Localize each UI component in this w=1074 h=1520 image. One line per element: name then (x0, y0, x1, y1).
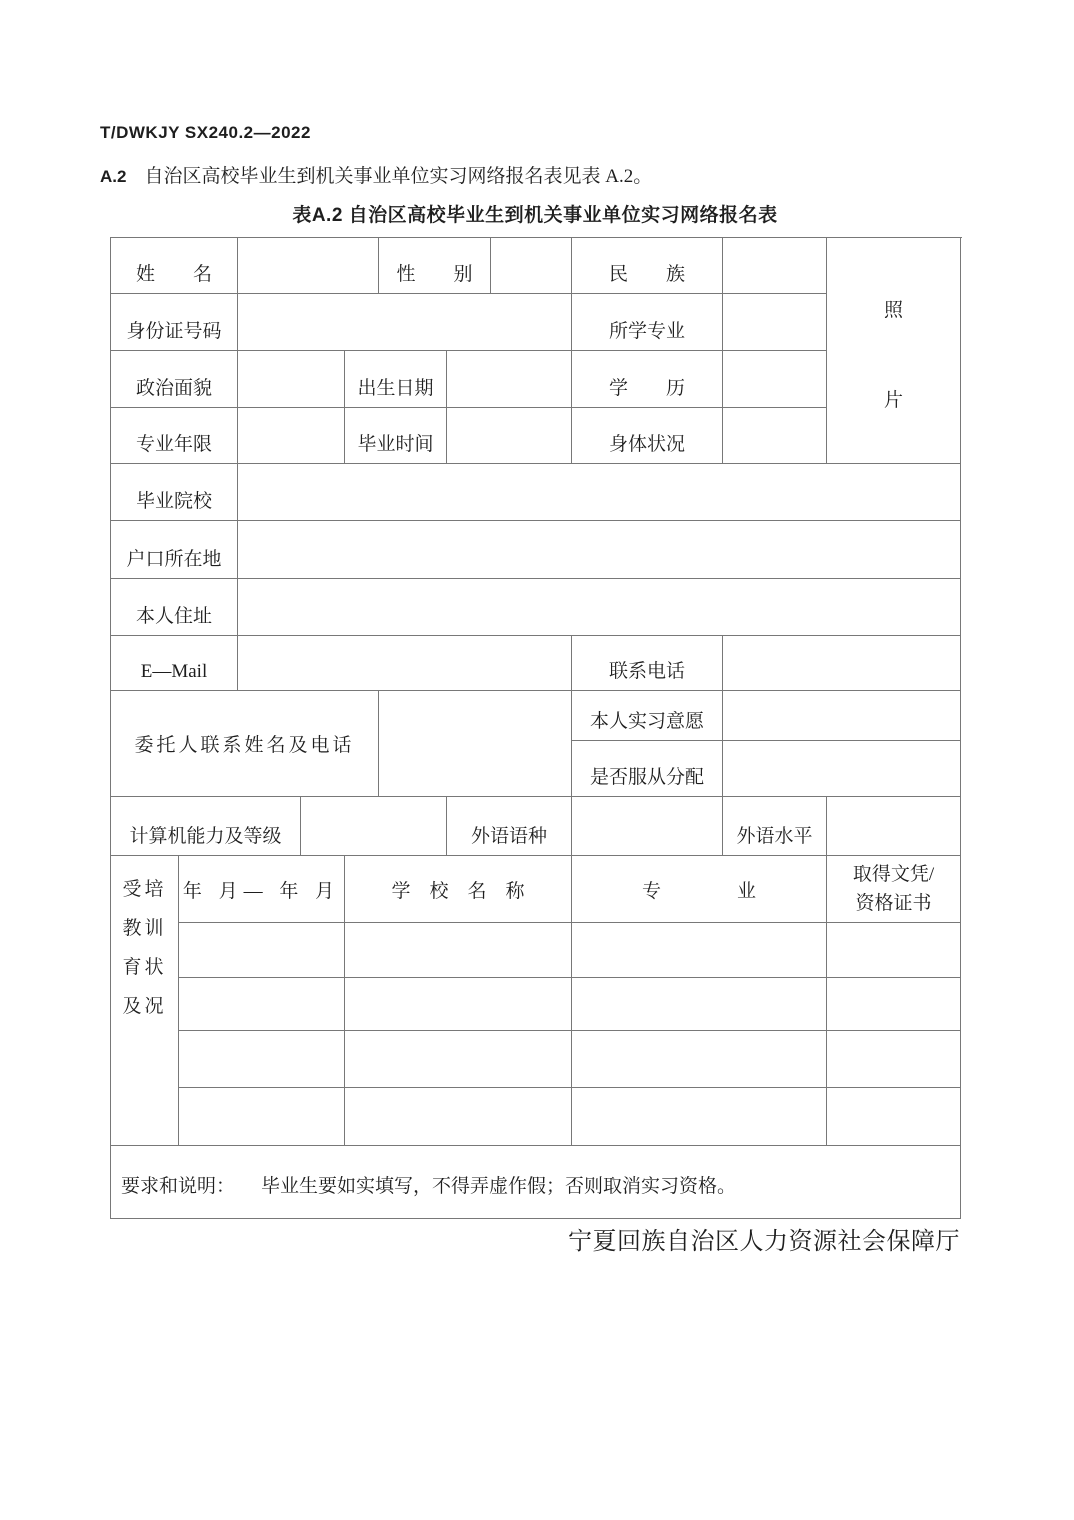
id-number-field (238, 294, 572, 351)
edu-credential-header: 取得文凭/ 资格证书 (827, 856, 961, 923)
email-field (238, 636, 572, 691)
id-number-label: 身份证号码 (111, 294, 238, 351)
requirements-label: 要求和说明： (121, 1171, 235, 1198)
graduate-school-field (238, 464, 961, 521)
internship-preference-field (723, 691, 961, 741)
edu-row-major (572, 1088, 827, 1146)
edu-row-school (345, 1088, 572, 1146)
gender-field (491, 238, 572, 294)
photo-box: 照 片 (827, 238, 961, 464)
foreign-level-field (827, 797, 961, 856)
contact-phone-field (723, 636, 961, 691)
major-studied-field (723, 294, 827, 351)
foreign-language-field (572, 797, 723, 856)
major-years-field (238, 408, 345, 464)
health-status-field (723, 408, 827, 464)
political-status-field (238, 351, 345, 408)
photo-label-char2: 片 (884, 385, 903, 412)
major-studied-label: 所学专业 (572, 294, 723, 351)
edu-row-credential (827, 923, 961, 978)
edu-school-header: 学 校 名 称 (345, 856, 572, 923)
edu-row-credential (827, 978, 961, 1031)
edu-row-major (572, 978, 827, 1031)
education-level-label: 学 历 (572, 351, 723, 408)
issuing-organization: 宁夏回族自治区人力资源社会保障厅 (110, 1221, 960, 1256)
birth-date-field (447, 351, 572, 408)
standard-doc-number: T/DWKJY SX240.2—2022 (100, 123, 311, 143)
obey-assignment-field (723, 741, 961, 797)
edu-row-period (179, 978, 345, 1031)
major-years-label: 专业年限 (111, 408, 238, 464)
name-label: 姓 名 (111, 238, 238, 294)
household-location-field (238, 521, 961, 579)
requirements-text: 毕业生要如实填写，不得弄虚作假；否则取消实习资格。 (261, 1171, 736, 1198)
ethnicity-label: 民 族 (572, 238, 723, 294)
delegate-contact-field (379, 691, 572, 797)
document-page: T/DWKJY SX240.2—2022 A.2自治区高校毕业生到机关事业单位实… (0, 0, 1074, 1520)
foreign-level-label: 外语水平 (723, 797, 827, 856)
edu-row-credential (827, 1088, 961, 1146)
clause-id: A.2 (100, 167, 126, 186)
home-address-field (238, 579, 961, 636)
birth-date-label: 出生日期 (345, 351, 447, 408)
gender-label: 性 别 (379, 238, 491, 294)
edu-row-school (345, 1031, 572, 1088)
delegate-contact-label: 委托人联系姓名及电话 (111, 691, 379, 797)
table-title: 表A.2 自治区高校毕业生到机关事业单位实习网络报名表 (110, 200, 960, 227)
graduation-time-field (447, 408, 572, 464)
graduate-school-label: 毕业院校 (111, 464, 238, 521)
edu-row-period (179, 923, 345, 978)
edu-period-header: 年 月— 年 月 (179, 856, 345, 923)
edu-row-school (345, 923, 572, 978)
home-address-label: 本人住址 (111, 579, 238, 636)
name-field (238, 238, 379, 294)
edu-row-period (179, 1088, 345, 1146)
computer-skill-field (301, 797, 447, 856)
health-status-label: 身体状况 (572, 408, 723, 464)
application-form-table: 姓 名 性 别 民 族 照 片 身份证号码 所学专业 政治面貌 出生日期 学 历… (110, 237, 962, 1219)
household-location-label: 户口所在地 (111, 521, 238, 579)
edu-row-major (572, 1031, 827, 1088)
edu-row-period (179, 1031, 345, 1088)
requirements-note: 要求和说明： 毕业生要如实填写，不得弄虚作假；否则取消实习资格。 (111, 1146, 961, 1219)
education-level-field (723, 351, 827, 408)
edu-row-major (572, 923, 827, 978)
email-label: E—Mail (111, 636, 238, 691)
foreign-language-label: 外语语种 (447, 797, 572, 856)
computer-skill-label: 计算机能力及等级 (111, 797, 301, 856)
graduation-time-label: 毕业时间 (345, 408, 447, 464)
obey-assignment-label: 是否服从分配 (572, 741, 723, 797)
clause-line: A.2自治区高校毕业生到机关事业单位实习网络报名表见表 A.2。 (100, 161, 652, 188)
photo-label-char1: 照 (884, 295, 903, 322)
edu-major-header: 专 业 (572, 856, 827, 923)
ethnicity-field (723, 238, 827, 294)
contact-phone-label: 联系电话 (572, 636, 723, 691)
clause-text: 自治区高校毕业生到机关事业单位实习网络报名表见表 A.2。 (144, 166, 652, 187)
internship-preference-label: 本人实习意愿 (572, 691, 723, 741)
edu-row-credential (827, 1031, 961, 1088)
education-section-label: 受培 教训 育状 及况 (111, 856, 179, 1146)
political-status-label: 政治面貌 (111, 351, 238, 408)
edu-row-school (345, 978, 572, 1031)
